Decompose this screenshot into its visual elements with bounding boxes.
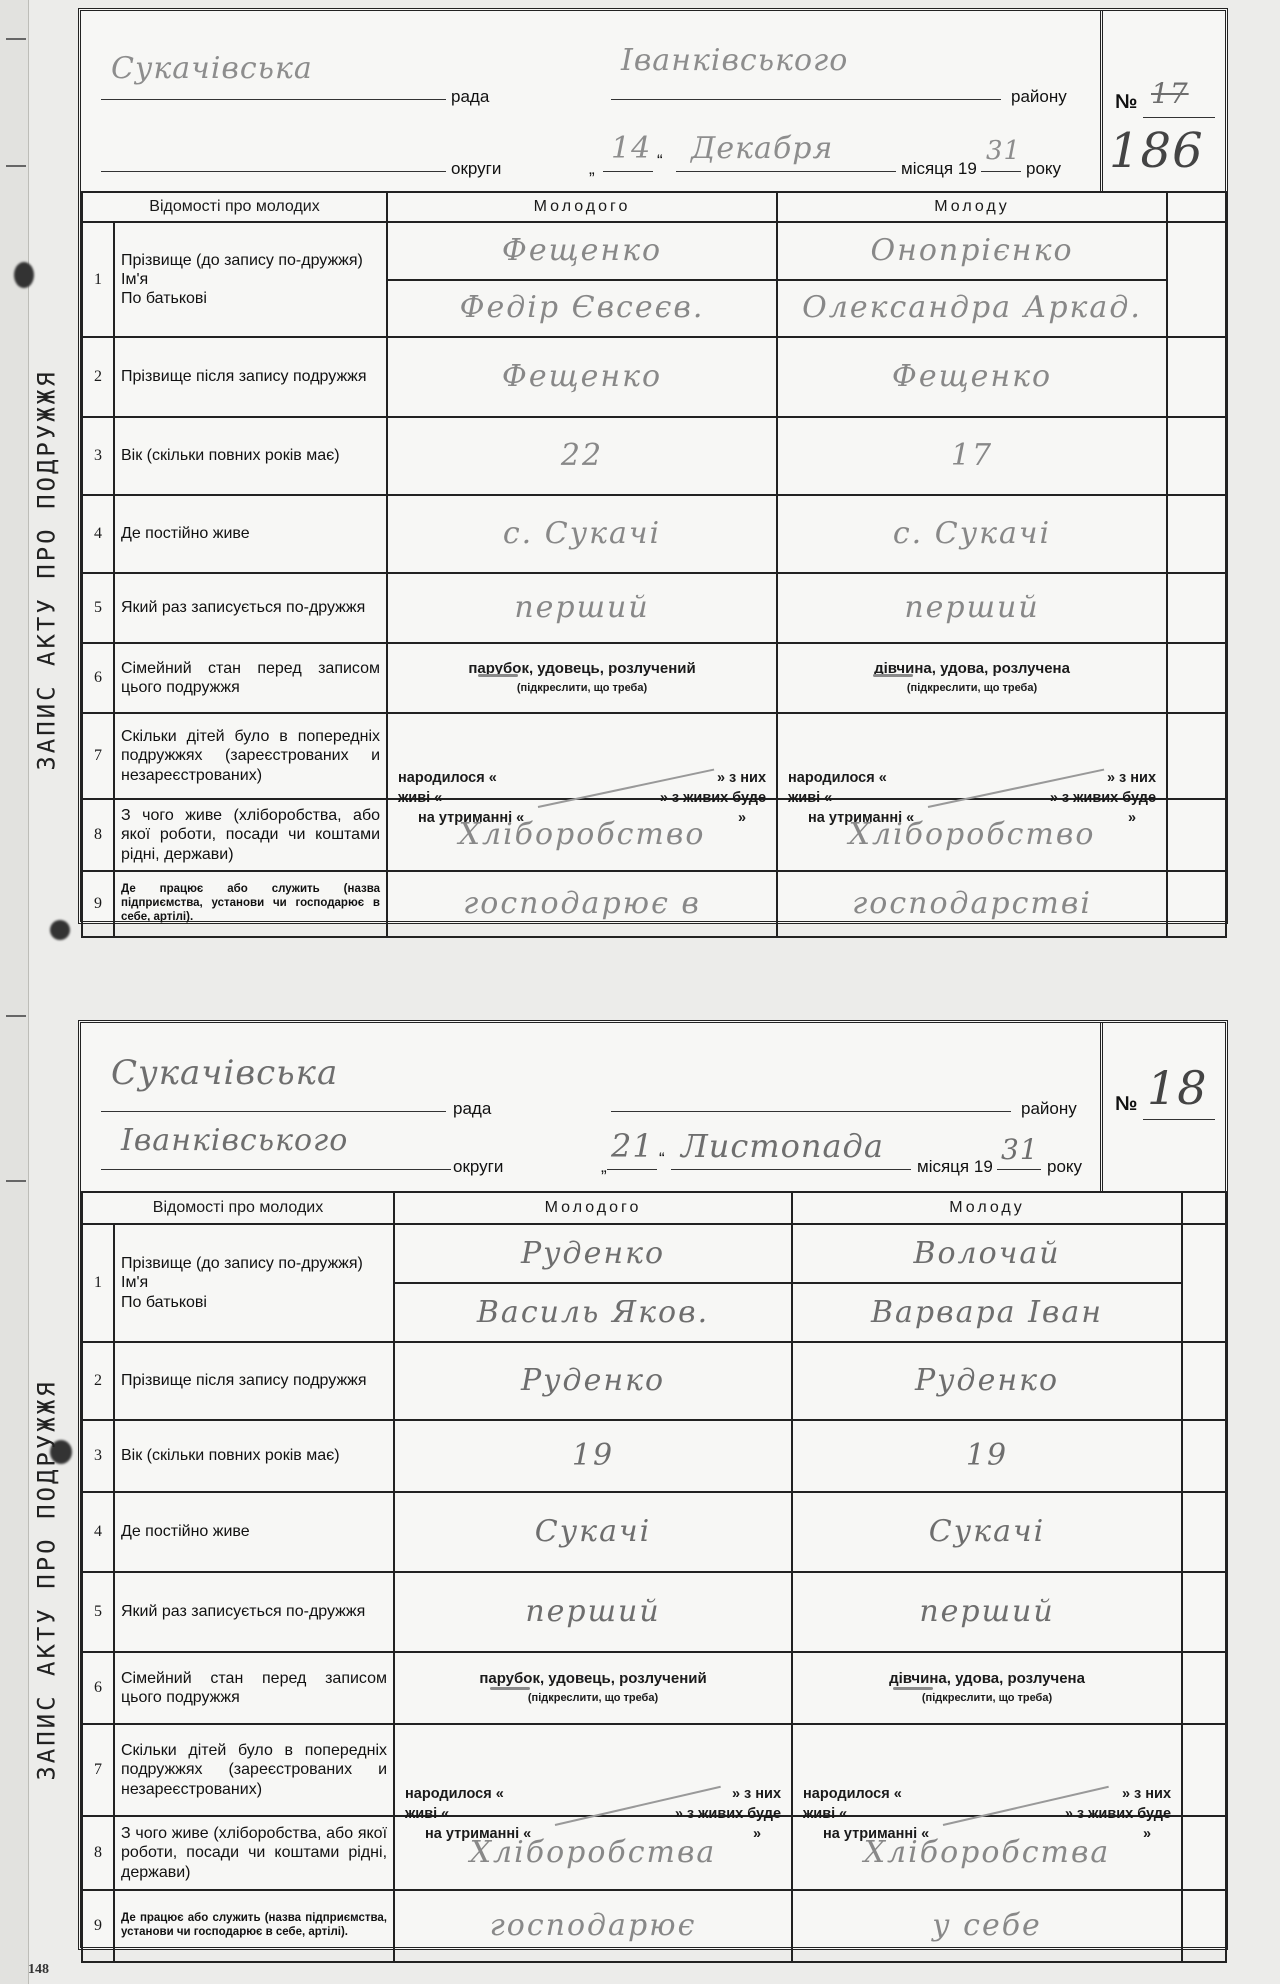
extra-cell [1182,1572,1226,1652]
extra-cell [1182,1890,1226,1962]
groom-surname: Фещенко [502,233,662,269]
groom-residence: Сукачі [535,1514,651,1549]
day-line [607,1169,657,1170]
row-label: Вік (скільки повних років має) [114,1420,394,1492]
row-7-children: 7 Скільки дітей було в попередніх подруж… [82,713,1226,799]
bride-status-cell: дівчина, удова, розлучена (підкреслити, … [777,643,1167,713]
number-value: 17 [1151,77,1189,110]
row-1-name: 1 Прізвище (до запису по-дружжя) Ім'я По… [82,1224,1226,1342]
row-number: 8 [82,799,114,871]
year-value: 31 [986,136,1021,166]
groom-livelihood: Хліборобства [470,1835,717,1870]
kids-born-label: народилося « [788,770,887,787]
row-number: 7 [82,1724,114,1816]
kids-born-label: народилося « [398,770,497,787]
month-label: місяця [917,1157,969,1176]
col-header-bride: Молоду [777,192,1167,222]
kids-of-them-label: » з них [1107,770,1156,787]
record-header: Сукачівська рада Іванківського району ок… [81,11,1225,193]
month-value: Листопада [681,1127,884,1165]
extra-cell [1167,222,1226,337]
row-label: З чого живе (хліборобства, або якої робо… [114,1816,394,1890]
row-label: Де працює або служить (назва підприємств… [114,1890,394,1962]
row-label: Прізвище (до запису по-дружжя) Ім'я По б… [114,1224,394,1342]
kids-of-them-label: » з них [1122,1786,1171,1803]
row-number: 7 [82,713,114,799]
spine-title-lower: ЗАПИС АКТУ ПРО ПОДРУЖЖЯ [22,1212,72,1948]
bride-surname-after: Фещенко [892,359,1052,394]
extra-cell [1182,1492,1226,1572]
day-line [603,171,653,172]
okrug-line [101,171,446,172]
bride-children-cell: народилося « » з них живі « » з живих бу… [792,1724,1182,1816]
bride-surname-after: Руденко [915,1363,1059,1398]
bride-age: 19 [966,1438,1008,1473]
row-number: 1 [82,1224,114,1342]
day-value: 14 [611,131,651,166]
month-label: місяця [901,159,953,178]
underline-hint: (підкреслити, що треба) [394,682,770,695]
extra-cell [1182,1342,1226,1420]
bride-name-cell: Волочай Варвара Іван [792,1224,1182,1342]
okrug-label: округи [451,159,501,179]
marriage-record-1: Сукачівська рада Іванківського району ок… [78,8,1228,924]
row-2-surname-after: 2 Прізвище після запису подружжя Руденко… [82,1342,1226,1420]
number-sign: № [1115,91,1137,114]
row-label: Вік (скільки повних років має) [114,417,387,495]
number-line [1143,117,1215,118]
row-label: Де працює або служить (назва підприємств… [114,871,387,937]
row-1-name: 1 Прізвище (до запису по-дружжя) Ім'я По… [82,222,1226,337]
district-line [611,99,1001,100]
groom-workplace: господарює [490,1908,697,1943]
col-header-info: Відомості про молодих [82,192,387,222]
extra-cell [1167,871,1226,937]
month-value: Декабря [691,131,833,166]
council-value: Сукачівська [111,51,313,86]
extra-cell [1167,417,1226,495]
groom-livelihood: Хліборобство [459,817,706,852]
groom-age: 19 [572,1438,614,1473]
row-8-livelihood: 8 З чого живе (хліборобства, або якої ро… [82,799,1226,871]
row-number: 4 [82,495,114,573]
row-number: 6 [82,643,114,713]
year-value: 31 [1001,1133,1039,1166]
number-line [1143,1119,1215,1120]
groom-marriage-count: перший [514,590,649,625]
binding-mark [6,1180,26,1182]
row-number: 9 [82,871,114,937]
council-value: Сукачівська [111,1053,338,1093]
bride-name-cell: Онопрієнко Олександра Аркад. [777,222,1167,337]
row-label: Сімейний стан перед записом цього подруж… [114,1652,394,1724]
bride-status-options: дівчина, удова, розлучена [799,1670,1175,1688]
date-open-quote: „ [601,1157,607,1177]
bride-name-patronymic: Варвара Іван [871,1295,1103,1331]
council-label: рада [453,1099,491,1119]
bride-residence: с. Сукачі [893,516,1051,551]
groom-status-options: парубок, удовець, розлучений [401,1670,785,1688]
col-header-bride: Молоду [792,1192,1182,1224]
row-2-surname-after: 2 Прізвище після запису подружжя Фещенко… [82,337,1226,417]
extra-cell [1167,713,1226,799]
binding-mark [6,165,26,167]
binding-mark [6,38,26,40]
extra-cell [1167,643,1226,713]
extra-cell [1167,337,1226,417]
bride-livelihood: Хліборобства [864,1835,1111,1870]
row-7-children: 7 Скільки дітей було в попередніх подруж… [82,1724,1226,1816]
status-underline-mark [893,1687,933,1690]
okrug-label: округи [453,1157,503,1177]
year-label: року [1026,159,1061,179]
council-label: рада [451,87,489,107]
row-number: 5 [82,1572,114,1652]
kids-of-them-label: » з них [732,1786,781,1803]
extra-col [1182,1192,1226,1224]
bride-workplace: у себе [932,1908,1042,1943]
status-underline-mark [478,674,518,677]
groom-residence: с. Сукачі [503,516,661,551]
bride-surname: Онопрієнко [870,233,1073,269]
row-9-workplace: 9 Де працює або служить (назва підприємс… [82,1890,1226,1962]
record-header: Сукачівська рада району Іванківського ок… [81,1023,1225,1193]
underline-hint: (підкреслити, що треба) [401,1692,785,1705]
groom-name-patronymic: Федір Євсеєв. [460,290,705,326]
underline-hint: (підкреслити, що треба) [784,682,1160,695]
row-label: Скільки дітей було в попередніх подружжя… [114,713,387,799]
date-close-quote: “ [659,1149,665,1169]
col-header-groom: Молодого [394,1192,792,1224]
row-6-marital-status: 6 Сімейний стан перед записом цього подр… [82,1652,1226,1724]
date-open-quote: „ [589,159,595,179]
spine-title-upper: ЗАПИС АКТУ ПРО ПОДРУЖЖЯ [22,218,72,922]
record-number-box: № 18 [1100,1023,1225,1193]
extra-cell [1182,1652,1226,1724]
extra-cell [1182,1224,1226,1342]
groom-workplace: господарює в [463,886,701,921]
row-3-age: 3 Вік (скільки повних років має) 19 19 [82,1420,1226,1492]
page-number: 148 [28,1962,49,1978]
record-number-box: № 17 186 [1100,11,1225,193]
groom-surname: Руденко [521,1236,665,1272]
day-value: 21 [611,1127,654,1165]
col-header-info: Відомості про молодих [82,1192,394,1224]
bride-status-options: дівчина, удова, розлучена [784,660,1160,678]
row-label: Де постійно живе [114,1492,394,1572]
underline-hint: (підкреслити, що треба) [799,1692,1175,1705]
row-number: 5 [82,573,114,643]
ink-blot [50,920,70,940]
kids-born-label: народилося « [803,1786,902,1803]
council-line [101,1111,446,1112]
bride-children-cell: народилося « » з них живі « » з живих бу… [777,713,1167,799]
status-underline-mark [873,674,913,677]
extra-cell [1167,495,1226,573]
year-line [981,171,1021,172]
row-number: 3 [82,417,114,495]
groom-status-options: парубок, удовець, розлучений [394,660,770,678]
year-prefix: 19 [958,159,977,178]
col-header-groom: Молодого [387,192,777,222]
extra-cell [1167,799,1226,871]
extra-cell [1182,1816,1226,1890]
bride-age: 17 [951,438,993,473]
extra-cell [1167,573,1226,643]
row-5-marriage-count: 5 Який раз записується по-дружжя перший … [82,573,1226,643]
groom-name-cell: Руденко Василь Яков. [394,1224,792,1342]
extra-cell [1182,1724,1226,1816]
district-label: району [1011,87,1067,107]
row-number: 1 [82,222,114,337]
extra-col [1167,192,1226,222]
record-1-table: Відомості про молодих Молодого Молоду 1 … [81,191,1227,938]
district-value: Іванківського [621,43,848,78]
row-8-livelihood: 8 З чого живе (хліборобства, або якої ро… [82,1816,1226,1890]
groom-surname-after: Руденко [521,1363,665,1398]
binding-mark [6,1015,26,1017]
groom-age: 22 [561,438,603,473]
row-3-age: 3 Вік (скільки повних років має) 22 17 [82,417,1226,495]
bride-livelihood: Хліборобство [849,817,1096,852]
row-number: 9 [82,1890,114,1962]
status-underline-mark [490,1687,530,1690]
row-label: Який раз записується по-дружжя [114,1572,394,1652]
date-close-quote: “ [657,151,663,171]
month-line [676,171,896,172]
bride-workplace: господарстві [852,886,1092,921]
council-line [101,99,446,100]
row-label: З чого живе (хліборобства, або якої робо… [114,799,387,871]
row-number: 4 [82,1492,114,1572]
bride-status-cell: дівчина, удова, розлучена (підкреслити, … [792,1652,1182,1724]
groom-name-patronymic: Василь Яков. [477,1295,709,1331]
marriage-record-2: Сукачівська рада району Іванківського ок… [78,1020,1228,1950]
row-label: Скільки дітей було в попередніх подружжя… [114,1724,394,1816]
row-5-marriage-count: 5 Який раз записується по-дружжя перший … [82,1572,1226,1652]
number-sign: № [1115,1093,1137,1116]
row-number: 8 [82,1816,114,1890]
row-number: 2 [82,1342,114,1420]
groom-children-cell: народилося « » з них живі « » з живих бу… [387,713,777,799]
year-label: року [1047,1157,1082,1177]
row-label: Прізвище після запису подружжя [114,1342,394,1420]
groom-marriage-count: перший [525,1594,660,1629]
bride-residence: Сукачі [929,1514,1045,1549]
groom-status-cell: парубок, удовець, розлучений (підкреслит… [387,643,777,713]
okrug-value: Іванківського [121,1123,348,1158]
groom-status-cell: парубок, удовець, розлучений (підкреслит… [394,1652,792,1724]
row-label: Який раз записується по-дружжя [114,573,387,643]
bride-name-patronymic: Олександра Аркад. [802,290,1142,326]
groom-name-cell: Фещенко Федір Євсеєв. [387,222,777,337]
number-value: 18 [1147,1061,1208,1115]
row-number: 3 [82,1420,114,1492]
okrug-line [101,1169,451,1170]
row-9-workplace: 9 Де працює або служить (назва підприємс… [82,871,1226,937]
row-4-residence: 4 Де постійно живе с. Сукачі с. Сукачі [82,495,1226,573]
district-line [611,1111,1011,1112]
kids-born-label: народилося « [405,1786,504,1803]
groom-surname-after: Фещенко [502,359,662,394]
number-alt-value: 186 [1109,123,1204,179]
bride-marriage-count: перший [919,1594,1054,1629]
record-2-table: Відомості про молодих Молодого Молоду 1 … [81,1191,1227,1963]
row-6-marital-status: 6 Сімейний стан перед записом цього подр… [82,643,1226,713]
row-number: 2 [82,337,114,417]
district-label: району [1021,1099,1077,1119]
row-4-residence: 4 Де постійно живе Сукачі Сукачі [82,1492,1226,1572]
extra-cell [1182,1420,1226,1492]
groom-children-cell: народилося « » з них живі « » з живих бу… [394,1724,792,1816]
year-prefix: 19 [974,1157,993,1176]
bride-marriage-count: перший [904,590,1039,625]
row-label: Де постійно живе [114,495,387,573]
month-line [671,1169,911,1170]
kids-of-them-label: » з них [717,770,766,787]
row-number: 6 [82,1652,114,1724]
year-line [997,1169,1041,1170]
row-label: Прізвище (до запису по-дружжя) Ім'я По б… [114,222,387,337]
row-label: Сімейний стан перед записом цього подруж… [114,643,387,713]
row-label: Прізвище після запису подружжя [114,337,387,417]
bride-surname: Волочай [913,1236,1060,1272]
